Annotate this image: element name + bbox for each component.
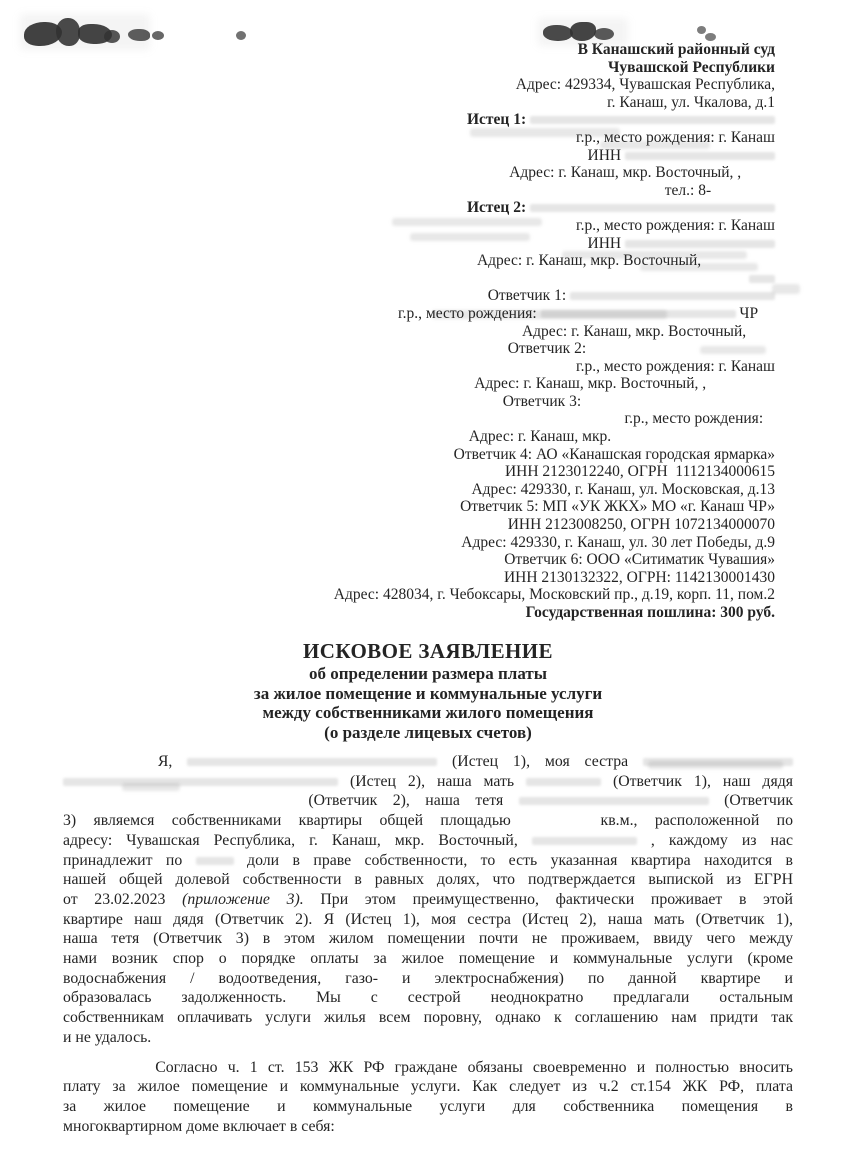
redacted-text-smudge: [530, 204, 775, 212]
text-segment: квартире наш дядя (Ответчик 2). Я (Истец…: [63, 911, 793, 928]
redacted-text-smudge: [643, 758, 793, 766]
document-line: адресу: Чувашская Республика, г. Канаш, …: [63, 831, 793, 851]
text-segment: 3) являемся собственниками квартиры обще…: [63, 812, 511, 829]
text-segment: г.р., место рождения: г. Канаш: [576, 217, 775, 234]
text-segment: за жилое помещение и коммунальные услуги: [254, 684, 602, 703]
document-line: 3) являемся собственниками квартиры обще…: [63, 811, 793, 831]
document-line: от 23.02.2023 (приложение 3). При этом п…: [63, 890, 793, 910]
text-segment: Адрес: г. Канаш, мкр. Восточный,: [522, 323, 746, 340]
document-line: В Канашский районный суд: [40, 41, 775, 59]
blank-gap: [585, 404, 775, 406]
text-segment: , каждому из нас: [651, 832, 793, 849]
text-segment: наша тетя (Ответчик 3) в этом жилом поме…: [63, 930, 793, 947]
text-segment: Истец 2:: [467, 199, 526, 216]
text-segment: адресу: Чувашская Республика, г. Канаш, …: [63, 832, 518, 849]
redacted-text-smudge: [749, 275, 775, 283]
text-segment: Ответчик 2:: [508, 340, 586, 357]
text-segment: ИНН 2123012240, ОГРН 1112134000615: [505, 463, 775, 480]
blank-gap: [710, 386, 775, 388]
text-segment: Чувашской Республики: [608, 59, 775, 76]
document-line: Истец 1:: [40, 111, 775, 129]
redacted-text-smudge: [625, 152, 775, 160]
body-paragraph: Я, (Истец 1), моя сестра (Истец 2), наша…: [63, 752, 793, 1048]
document-line: Адрес: 429330, г. Канаш, ул. 30 лет Побе…: [40, 534, 775, 552]
text-segment: (Истец 1), моя сестра: [452, 753, 628, 770]
document-line: за жилое помещение и коммунальные услуги…: [63, 1097, 793, 1117]
text-segment: Адрес: г. Канаш, мкр.: [469, 428, 611, 445]
document-line: г.р., место рождения: ЧР: [40, 305, 775, 323]
document-line: Ответчик 6: ООО «Ситиматик Чувашия»: [40, 551, 775, 569]
blank-gap: [528, 823, 583, 825]
document-line: Адрес: г. Канаш, мкр. Восточный, ,: [40, 375, 775, 393]
blank-gap: [750, 334, 775, 336]
text-segment: многоквартирном доме включает в себя:: [63, 1118, 335, 1135]
document-line: Ответчик 3:: [40, 393, 775, 411]
text-segment: ИНН: [588, 235, 622, 252]
text-segment: Истец 1:: [467, 111, 526, 128]
redacted-text-smudge: [519, 797, 709, 805]
text-segment: собственникам оплачивать услуги жилья вс…: [63, 1009, 793, 1026]
document-title: ИСКОВОЕ ЗАЯВЛЕНИЕ: [63, 638, 793, 664]
document-line: Истец 2:: [40, 199, 775, 217]
text-segment: ЧР: [739, 305, 758, 322]
document-line: Адрес: г. Канаш, мкр. Восточный,: [40, 323, 775, 341]
document-line: ИНН 2123012240, ОГРН 1112134000615: [40, 463, 775, 481]
text-segment: Адрес: 429330, г. Канаш, ул. 30 лет Побе…: [461, 534, 775, 551]
text-segment: принадлежит по: [63, 852, 182, 869]
text-segment: Адрес: г. Канаш, мкр. Восточный, ,: [509, 164, 741, 181]
redacted-text-smudge: [570, 292, 775, 300]
document-line: г.р., место рождения: г. Канаш: [40, 217, 775, 235]
document-line: Ответчик 5: МП «УК ЖКХ» МО «г. Канаш ЧР»: [40, 498, 775, 516]
document-line: Адрес: г. Канаш, мкр. Восточный,: [40, 252, 775, 270]
text-segment: от 23.02.2023: [63, 891, 165, 908]
text-segment: нашей общей долевой собственности в равн…: [63, 871, 793, 888]
blank-gap: [762, 316, 775, 318]
text-segment: Государственная пошлина: 300 руб.: [526, 604, 775, 621]
document-line: (Истец 2), наша мать (Ответчик 1), наш д…: [63, 772, 793, 792]
text-segment: (приложение 3).: [182, 891, 304, 908]
text-segment: кв.м., расположенной по: [601, 812, 793, 829]
document-line: образовалась задолженность. Мы с сестрой…: [63, 988, 793, 1008]
text-segment: (Ответчик 2), наша тетя: [308, 792, 503, 809]
document-line: ИНН: [40, 235, 775, 253]
text-segment: (Истец 2), наша мать: [350, 773, 514, 790]
text-segment: г.р., место рождения: г. Канаш: [576, 358, 775, 375]
document-line: собственникам оплачивать услуги жилья вс…: [63, 1008, 793, 1028]
document-line: Я, (Истец 1), моя сестра: [63, 752, 793, 772]
document-line: Адрес: 429330, г. Канаш, ул. Московская,…: [40, 481, 775, 499]
body-paragraph: Согласно ч. 1 ст. 153 ЖК РФ граждане обя…: [63, 1058, 793, 1137]
document-line: Государственная пошлина: 300 руб.: [40, 604, 775, 622]
scanned-document-page: В Канашский районный судЧувашской Респуб…: [0, 0, 852, 1170]
ink-blob-artifact: [152, 31, 164, 40]
text-segment: ИНН 2123008250, ОГРН 1072134000070: [508, 516, 775, 533]
text-segment: (Ответчик: [724, 792, 793, 809]
text-segment: доли в праве собственности, то есть указ…: [247, 852, 793, 869]
document-line: Адрес: г. Канаш, мкр. Восточный, ,: [40, 164, 775, 182]
document-line: г. Канаш, ул. Чкалова, д.1: [40, 94, 775, 112]
text-segment: Я,: [158, 753, 173, 770]
text-segment: об определении размера платы: [309, 664, 547, 683]
text-segment: Согласно ч. 1 ст. 153 ЖК РФ граждане обя…: [155, 1059, 793, 1076]
text-segment: образовалась задолженность. Мы с сестрой…: [63, 989, 793, 1006]
document-line: г.р., место рождения:: [40, 410, 775, 428]
redacted-text-smudge: [625, 240, 775, 248]
document-line: (о разделе лицевых счетов): [63, 723, 793, 743]
blank-gap: [63, 1070, 145, 1072]
document-line: Адрес: 429334, Чувашская Республика,: [40, 76, 775, 94]
document-line: об определении размера платы: [63, 664, 793, 684]
redacted-text-smudge: [530, 116, 775, 124]
document-line: Ответчик 1:: [40, 287, 775, 305]
text-segment: Ответчик 6: ООО «Ситиматик Чувашия»: [504, 551, 775, 568]
court-header-block: В Канашский районный судЧувашской Респуб…: [40, 41, 775, 622]
text-segment: Адрес: 428034, г. Чебоксары, Московский …: [334, 586, 775, 603]
document-subtitle: об определении размера платыза жилое пом…: [63, 664, 793, 742]
document-line: принадлежит по доли в праве собственност…: [63, 851, 793, 871]
document-line: Адрес: 428034, г. Чебоксары, Московский …: [40, 586, 775, 604]
blank-gap: [615, 439, 775, 441]
document-line: плату за жилое помещение и коммунальные …: [63, 1077, 793, 1097]
text-segment: плату за жилое помещение и коммунальные …: [63, 1078, 793, 1095]
document-line: нашей общей долевой собственности в равн…: [63, 870, 793, 890]
text-segment: В Канашский районный суд: [578, 41, 775, 58]
text-segment: г.р., место рождения:: [398, 305, 537, 322]
redacted-text-smudge: [532, 837, 637, 845]
blank-gap: [705, 263, 775, 265]
text-segment: водоснабжения / водоотведения, газо- и э…: [63, 970, 793, 987]
text-segment: тел.: 8-: [665, 182, 711, 199]
document-line: Адрес: г. Канаш, мкр.: [40, 428, 775, 446]
text-segment: Адрес: 429330, г. Канаш, ул. Московская,…: [471, 481, 775, 498]
document-line: г.р., место рождения: г. Канаш: [40, 358, 775, 376]
document-line: квартире наш дядя (Ответчик 2). Я (Истец…: [63, 910, 793, 930]
text-segment: г.р., место рождения: г. Канаш: [576, 129, 775, 146]
text-segment: Адрес: г. Канаш, мкр. Восточный, ,: [474, 375, 706, 392]
text-segment: Ответчик 4: АО «Канашская городская ярма…: [454, 446, 775, 463]
document-line: ИНН: [40, 147, 775, 165]
blank-gap: [590, 351, 775, 353]
document-line: ИНН 2123008250, ОГРН 1072134000070: [40, 516, 775, 534]
blank-gap: [767, 421, 775, 423]
document-line: Чувашской Республики: [40, 59, 775, 77]
document-line: нами возник спор о порядке оплаты за жил…: [63, 949, 793, 969]
document-line: (Ответчик 2), наша тетя (Ответчик: [63, 791, 793, 811]
document-line: Ответчик 4: АО «Канашская городская ярма…: [40, 446, 775, 464]
ink-blob-artifact: [697, 26, 706, 34]
document-line: многоквартирном доме включает в себя:: [63, 1117, 793, 1137]
blank-gap: [745, 175, 775, 177]
text-segment: При этом преимущественно, фактически про…: [320, 891, 793, 908]
redacted-text-smudge: [541, 310, 736, 318]
text-segment: (о разделе лицевых счетов): [324, 723, 532, 742]
document-line: тел.: 8-: [40, 182, 775, 200]
text-segment: ИНН: [588, 147, 622, 164]
redacted-text-smudge: [526, 778, 601, 786]
text-segment: Ответчик 3:: [503, 393, 581, 410]
document-title-block: ИСКОВОЕ ЗАЯВЛЕНИЕ об определении размера…: [63, 638, 793, 742]
document-body: Я, (Истец 1), моя сестра (Истец 2), наша…: [63, 752, 793, 1136]
faint-smudge-artifact: [772, 284, 800, 294]
document-line: наша тетя (Ответчик 3) в этом жилом поме…: [63, 929, 793, 949]
text-segment: и не удалось.: [63, 1029, 151, 1046]
redacted-text-smudge: [63, 778, 338, 786]
text-segment: Адрес: 429334, Чувашская Республика,: [516, 76, 775, 93]
text-segment: г. Канаш, ул. Чкалова, д.1: [607, 94, 775, 111]
document-line: между собственниками жилого помещения: [63, 703, 793, 723]
document-line: водоснабжения / водоотведения, газо- и э…: [63, 969, 793, 989]
document-line: и не удалось.: [63, 1028, 793, 1048]
text-segment: (Ответчик 1), наш дядя: [613, 773, 793, 790]
text-segment: г.р., место рождения:: [625, 410, 764, 427]
document-line: за жилое помещение и коммунальные услуги: [63, 684, 793, 704]
document-line: ИНН 2130132322, ОГРН: 1142130001430: [40, 569, 775, 587]
ink-blob-artifact: [236, 31, 246, 40]
text-segment: ИНН 2130132322, ОГРН: 1142130001430: [504, 569, 775, 586]
text-segment: Ответчик 1:: [488, 287, 566, 304]
redacted-text-smudge: [196, 857, 234, 865]
text-segment: между собственниками жилого помещения: [262, 703, 593, 722]
redacted-text-smudge: [187, 758, 437, 766]
text-segment: Адрес: г. Канаш, мкр. Восточный,: [477, 252, 701, 269]
document-line: Согласно ч. 1 ст. 153 ЖК РФ граждане обя…: [63, 1058, 793, 1078]
text-segment: Ответчик 5: МП «УК ЖКХ» МО «г. Канаш ЧР»: [460, 498, 775, 515]
ink-blob-artifact: [705, 33, 716, 41]
document-line: [40, 270, 775, 288]
text-segment: нами возник спор о порядке оплаты за жил…: [63, 950, 793, 967]
text-segment: за жилое помещение и коммунальные услуги…: [63, 1098, 793, 1115]
document-line: Ответчик 2:: [40, 340, 775, 358]
blank-gap: [63, 764, 143, 766]
blank-gap: [715, 193, 775, 195]
document-line: г.р., место рождения: г. Канаш: [40, 129, 775, 147]
blank-gap: [63, 803, 293, 805]
